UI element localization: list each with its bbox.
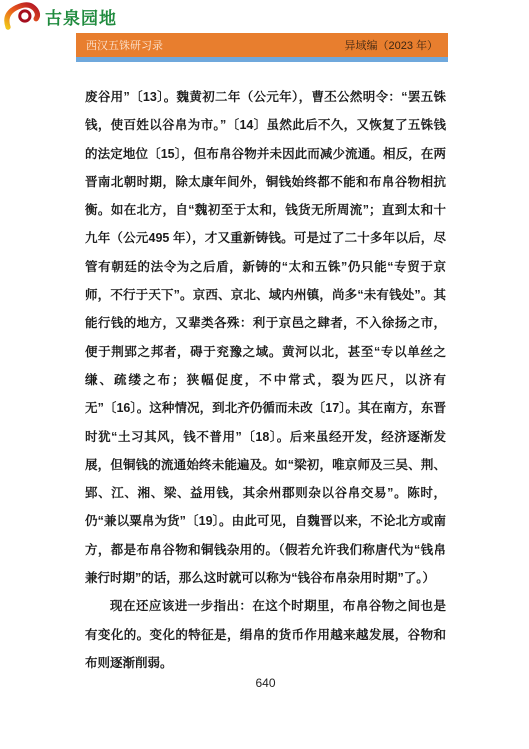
- coin-swirl-icon: [4, 2, 42, 30]
- document-body: 废谷用”〔13〕。魏黄初二年（公元年），曹丕公然明令：“罢五铢钱，使百姓以谷帛为…: [85, 83, 446, 677]
- paragraph-continuation: 废谷用”〔13〕。魏黄初二年（公元年），曹丕公然明令：“罢五铢钱，使百姓以谷帛为…: [85, 83, 446, 592]
- document-header-bar: 西汉五铢研习录 异域编（2023 年）: [76, 33, 448, 57]
- document-edition: 异域编（2023 年）: [344, 37, 438, 53]
- document-title: 西汉五铢研习录: [86, 37, 163, 53]
- site-logo-text: 古泉园地: [45, 4, 117, 29]
- paragraph: 现在还应该进一步指出：在这个时期里，布帛谷物之间也是有变化的。变化的特征是，绢帛…: [85, 592, 446, 677]
- page-number: 640: [85, 676, 446, 690]
- site-logo[interactable]: 古泉园地: [4, 2, 117, 30]
- header-underline: [76, 57, 448, 62]
